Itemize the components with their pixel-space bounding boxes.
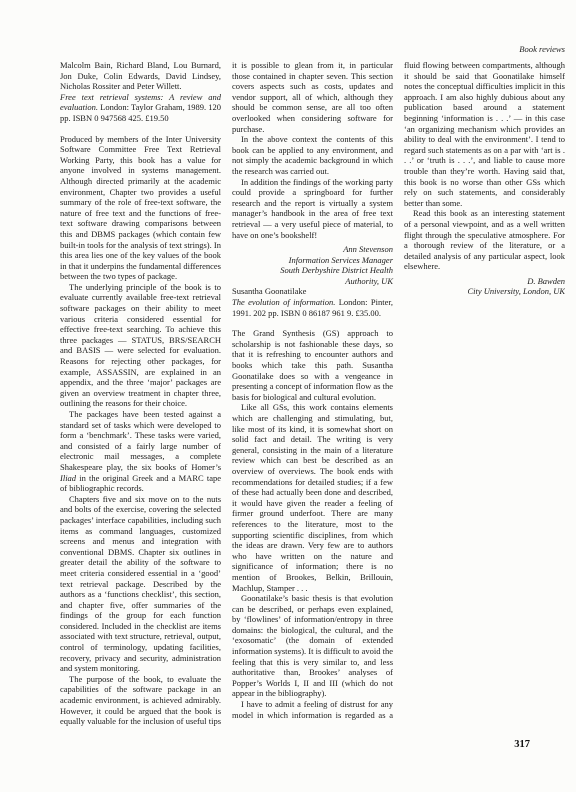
review2-paragraph-5: Read this book as an interesting stateme… (404, 208, 565, 272)
review2-citation-line: The evolution of information. London: Pi… (232, 297, 393, 318)
page-number: 317 (514, 739, 530, 750)
scanned-journal-page: Book reviews Malcolm Bain, Richard Bland… (0, 0, 576, 792)
review2-heading-block: Susantha Goonatilake The evolution of in… (232, 286, 393, 318)
review1-authors: Malcolm Bain, Richard Bland, Lou Burnard… (60, 60, 221, 92)
review2-paragraph-3: Goonatilake’s basic thesis is that evolu… (232, 593, 393, 699)
review1-iliad-title: Iliad (60, 473, 76, 483)
review1-heading-block: Malcolm Bain, Richard Bland, Lou Burnard… (60, 60, 221, 124)
review2-author: Susantha Goonatilake (232, 286, 393, 297)
reviewer-role: Information Services Manager (232, 255, 393, 266)
review1-paragraph-3-text: The packages have been tested against a … (60, 409, 221, 472)
review1-paragraph-3-end: in the original Greek and a MARC tape of… (60, 473, 221, 494)
review1-paragraph-6: In the above context the contents of thi… (232, 134, 393, 176)
review1-paragraph-4: Chapters five and six move on to the nut… (60, 494, 221, 674)
review1-citation-line: Free text retrieval systems: A review an… (60, 92, 221, 124)
review1-paragraph-2: The underlying principle of the book is … (60, 282, 221, 409)
running-header: Book reviews (60, 44, 565, 55)
three-column-text: Malcolm Bain, Richard Bland, Lou Burnard… (60, 60, 565, 728)
review1-paragraph-1: Produced by members of the Inter Univers… (60, 134, 221, 282)
reviewer-affiliation: City University, London, UK (404, 286, 565, 297)
review1-paragraph-7: In addition the findings of the working … (232, 177, 393, 241)
reviewer-name: D. Bawden (404, 276, 565, 287)
review2-paragraph-2: Like all GSs, this work contains element… (232, 402, 393, 593)
reviewer-name: Ann Stevenson (232, 244, 393, 255)
review1-signature: Ann Stevenson Information Services Manag… (232, 244, 393, 286)
review2-signature: D. Bawden City University, London, UK (404, 276, 565, 297)
review2-paragraph-1: The Grand Synthesis (GS) approach to sch… (232, 328, 393, 402)
reviewer-affiliation-line1: South Derbyshire District Health (232, 265, 393, 276)
review2-book-title: The evolution of information. (232, 297, 335, 307)
reviewer-affiliation-line2: Authority, UK (232, 276, 393, 287)
review1-paragraph-3: The packages have been tested against a … (60, 409, 221, 494)
